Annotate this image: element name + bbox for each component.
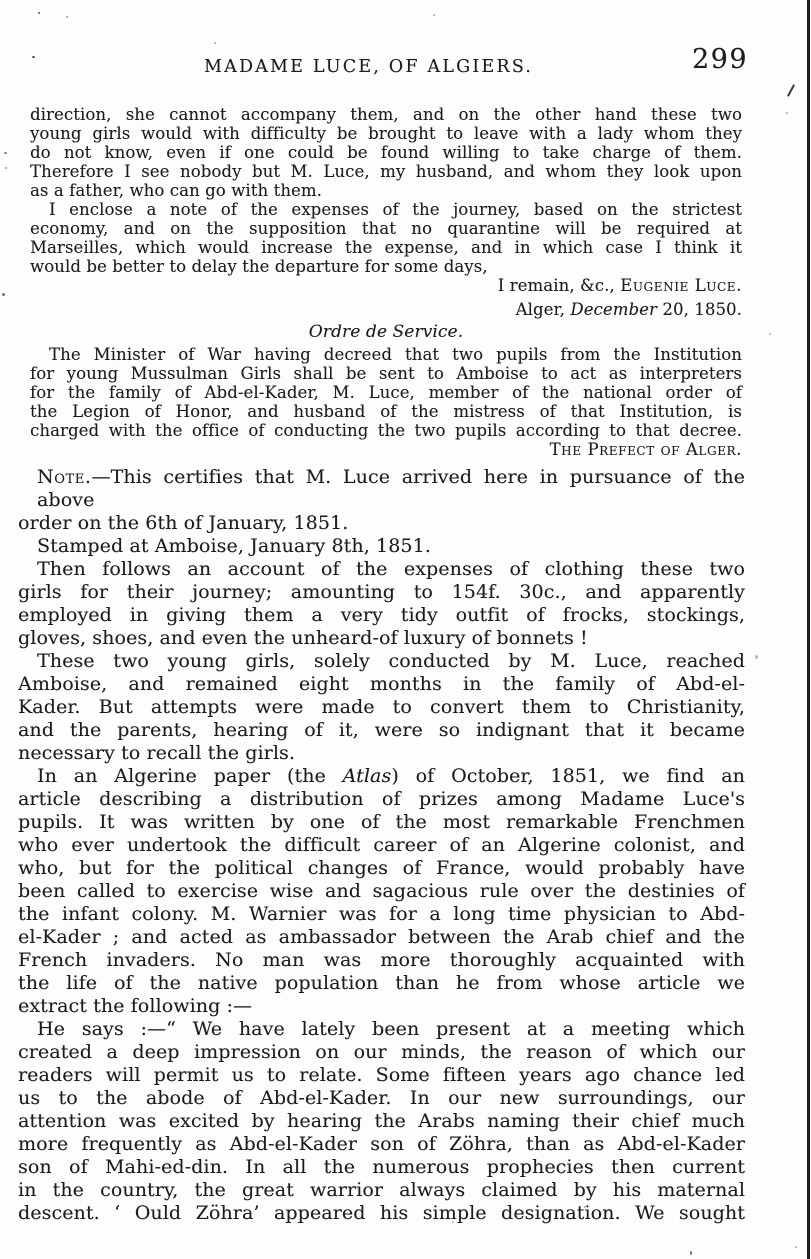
scan-speck xyxy=(4,152,7,154)
comment-para: In an Algerine paper (the Atlas) of Octo… xyxy=(18,765,745,1018)
scan-speck xyxy=(786,112,788,114)
letter-para: The Minister of War having decreed that … xyxy=(30,345,742,440)
scanned-book-page: MADAME LUCE, OF ALGIERS. 299 direction, … xyxy=(0,0,811,1259)
text-line: The Minister of War having decreed that … xyxy=(30,345,742,364)
page-edge-line xyxy=(807,0,810,1259)
text-line: Amboise, and remained eight months in th… xyxy=(18,673,745,696)
text-line: direction, she cannot accompany them, an… xyxy=(30,105,742,124)
text-line: economy, and on the supposition that no … xyxy=(30,219,742,238)
text-line: do not know, even if one could be found … xyxy=(30,143,742,162)
scan-speck xyxy=(214,42,216,44)
page-body: direction, she cannot accompany them, an… xyxy=(18,105,778,1225)
text-line: charged with the office of conducting th… xyxy=(30,421,742,440)
scan-speck xyxy=(2,293,5,296)
text-line: as a father, who can go with them. xyxy=(30,181,742,200)
text-line: el-Kader ; and acted as ambassador betwe… xyxy=(18,926,745,949)
text-line: and the parents, hearing of it, were so … xyxy=(18,719,745,742)
scan-speck xyxy=(755,655,758,659)
scan-speck xyxy=(38,12,40,14)
scan-speck xyxy=(32,56,35,58)
heading: Ordre de Service. xyxy=(30,323,742,342)
dateline: Alger, December 20, 1850. xyxy=(30,300,768,319)
text-line: French invaders. No man was more thoroug… xyxy=(18,949,745,972)
text-line: These two young girls, solely conducted … xyxy=(18,650,745,673)
scan-mark xyxy=(787,84,795,96)
scan-speck xyxy=(66,16,68,18)
text-line: pupils. It was written by one of the mos… xyxy=(18,811,745,834)
text-line: created a deep impression on our minds, … xyxy=(18,1041,745,1064)
text-line: would be better to delay the departure f… xyxy=(30,257,742,276)
text-line: Therefore I see nobody but M. Luce, my h… xyxy=(30,162,742,181)
scan-speck xyxy=(452,1221,454,1223)
text-line: extract the following :— xyxy=(18,995,745,1018)
text-line: for young Mussulman Girls shall be sent … xyxy=(30,364,742,383)
text-line: Note.—This certifies that M. Luce arrive… xyxy=(18,466,745,512)
scan-speck xyxy=(795,1246,797,1248)
text-line: the infant colony. M. Warnier was for a … xyxy=(18,903,745,926)
text-line: the Legion of Honor, and husband of the … xyxy=(30,402,742,421)
text-line: employed in giving them a very tidy outf… xyxy=(18,604,745,627)
comment-para: He says :—“ We have lately been present … xyxy=(18,1018,745,1225)
text-line: been called to exercise wise and sagacio… xyxy=(18,880,745,903)
text-line: in the country, the great warrior always… xyxy=(18,1179,745,1202)
text-line: In an Algerine paper (the Atlas) of Octo… xyxy=(18,765,745,788)
prefect: The Prefect of Alger. xyxy=(30,440,778,459)
text-line: attention was excited by hearing the Ara… xyxy=(18,1110,745,1133)
text-line: more frequently as Abd-el-Kader son of Z… xyxy=(18,1133,745,1156)
comment-para: Stamped at Amboise, January 8th, 1851. xyxy=(18,535,745,558)
text-line: us to the abode of Abd-el-Kader. In our … xyxy=(18,1087,745,1110)
text-line: Marseilles, which would increase the exp… xyxy=(30,238,742,257)
text-line: He says :—“ We have lately been present … xyxy=(18,1018,745,1041)
scan-speck xyxy=(584,1206,586,1208)
text-line: young girls would with difficulty be bro… xyxy=(30,124,742,143)
running-header-title: MADAME LUCE, OF ALGIERS. xyxy=(204,57,533,77)
text-line: Kader. But attempts were made to convert… xyxy=(18,696,745,719)
text-line: gloves, shoes, and even the unheard-of l… xyxy=(18,627,745,650)
letter-para: I enclose a note of the expenses of the … xyxy=(30,200,742,276)
text-line: article describing a distribution of pri… xyxy=(18,788,745,811)
text-line: descent. ‘ Ould Zöhra’ appeared his simp… xyxy=(18,1202,745,1225)
scan-speck xyxy=(5,167,7,169)
comment-para: Then follows an account of the expenses … xyxy=(18,558,745,650)
text-line: the life of the native population than h… xyxy=(18,972,745,995)
text-line: order on the 6th of January, 1851. xyxy=(18,512,745,535)
letter-para: direction, she cannot accompany them, an… xyxy=(30,105,742,200)
text-line: Then follows an account of the expenses … xyxy=(18,558,745,581)
comment-para: These two young girls, solely conducted … xyxy=(18,650,745,765)
text-line: son of Mahi-ed-din. In all the numerous … xyxy=(18,1156,745,1179)
scan-speck xyxy=(769,333,771,335)
text-line: girls for their journey; amounting to 15… xyxy=(18,581,745,604)
text-line: for the family of Abd-el-Kader, M. Luce,… xyxy=(30,383,742,402)
text-line: who ever undertook the difficult career … xyxy=(18,834,745,857)
text-line: necessary to recall the girls. xyxy=(18,742,745,765)
text-line: Stamped at Amboise, January 8th, 1851. xyxy=(18,535,745,558)
scan-speck xyxy=(433,14,435,16)
text-line: I enclose a note of the expenses of the … xyxy=(30,200,742,219)
text-line: who, but for the political changes of Fr… xyxy=(18,857,745,880)
text-line: readers will permit us to relate. Some f… xyxy=(18,1064,745,1087)
note-para: Note.—This certifies that M. Luce arrive… xyxy=(18,466,745,535)
page-number: 299 xyxy=(692,44,748,75)
sig: I remain, &c., Eugenie Luce. xyxy=(30,276,772,295)
scan-speck xyxy=(690,1251,692,1255)
